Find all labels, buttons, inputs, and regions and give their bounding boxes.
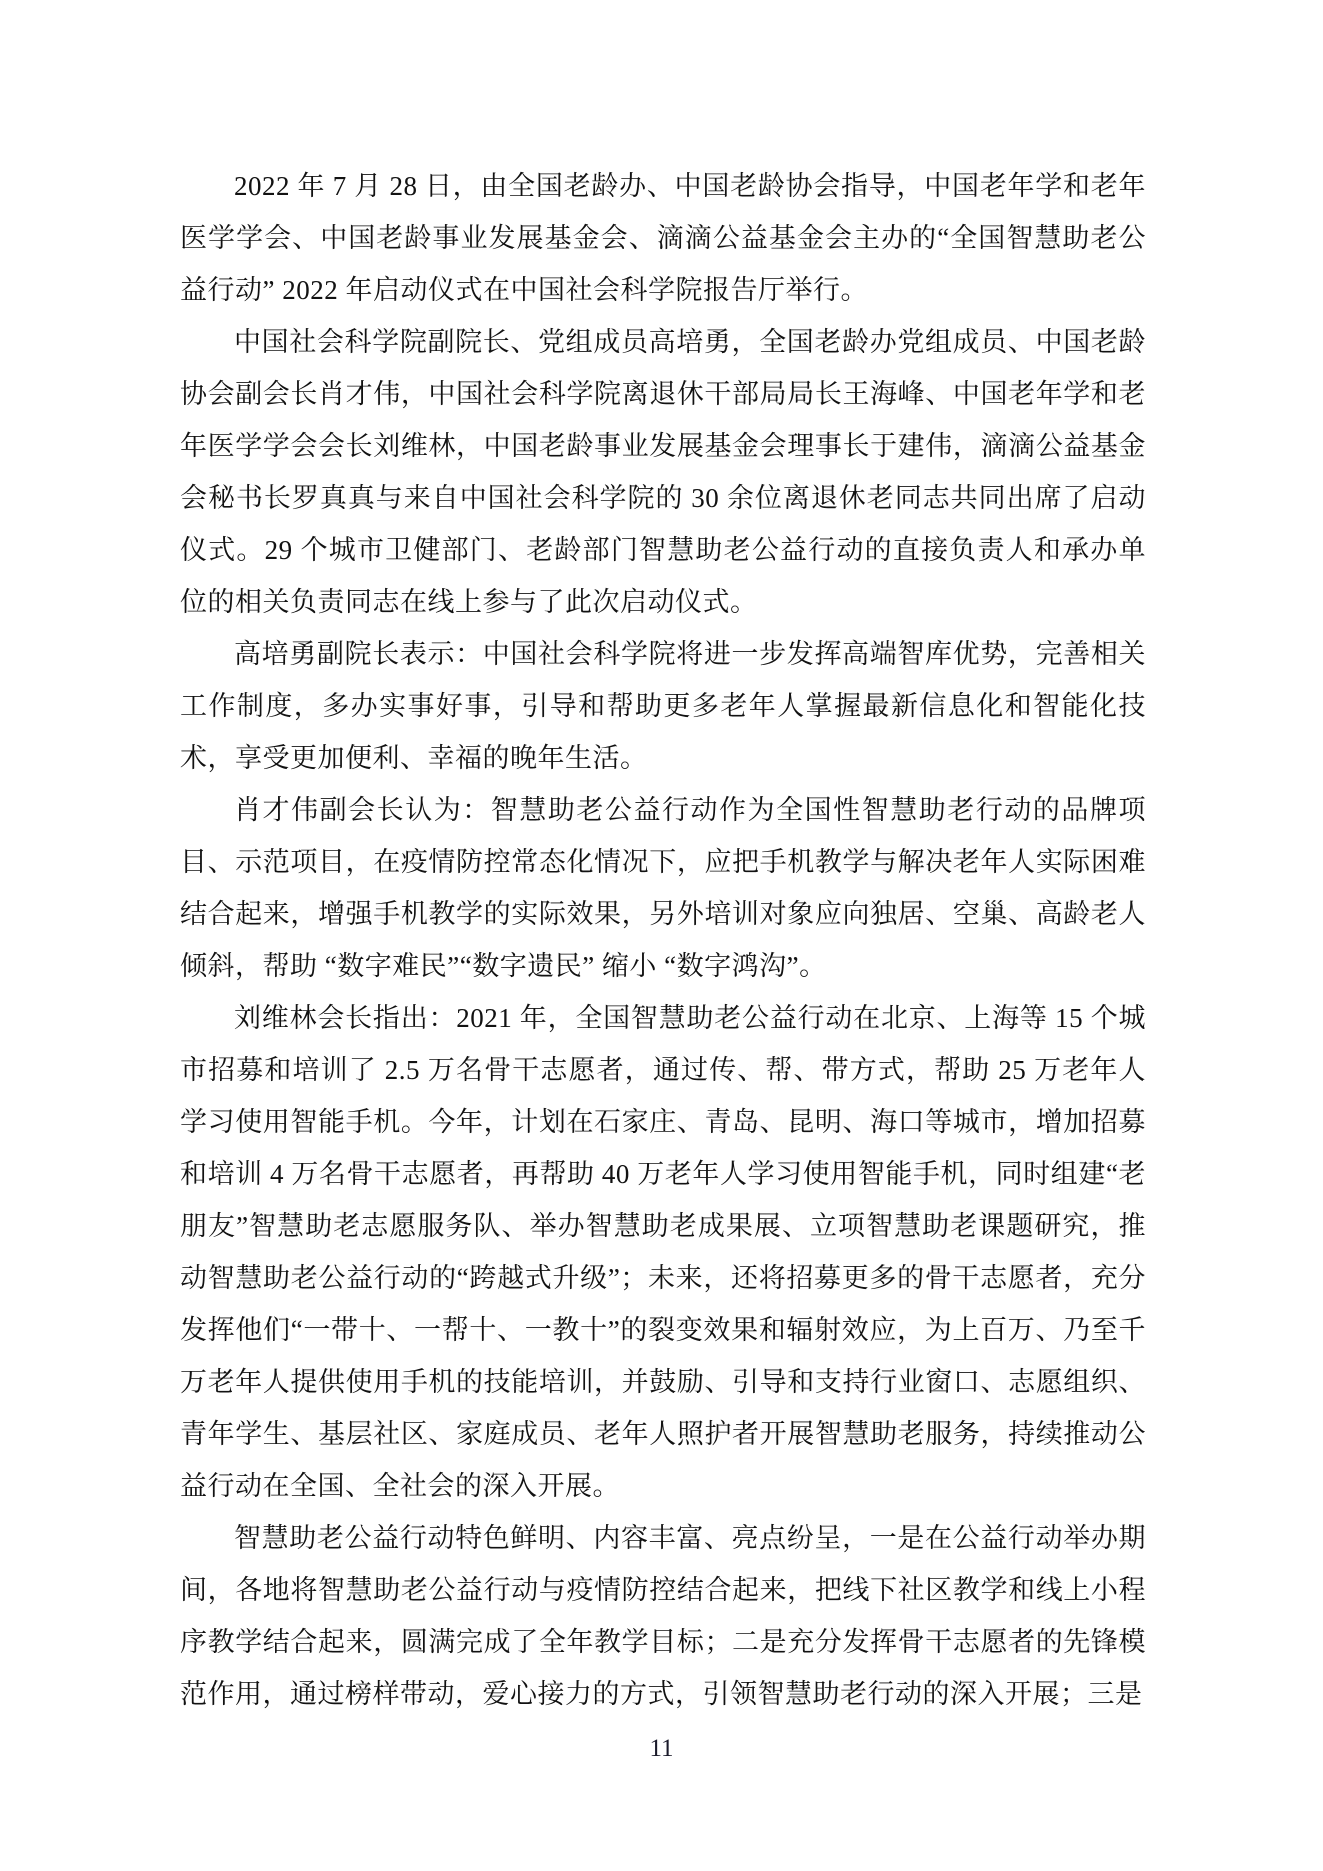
page-number: 11: [0, 1735, 1323, 1763]
paragraph-attendees: 中国社会科学院副院长、党组成员高培勇，全国老龄办党组成员、中国老龄协会副会长肖才…: [180, 316, 1146, 628]
paragraph-action-highlights: 智慧助老公益行动特色鲜明、内容丰富、亮点纷呈，一是在公益行动举办期间，各地将智慧…: [180, 1512, 1146, 1720]
paragraph-xiao-caiwei-remarks: 肖才伟副会长认为：智慧助老公益行动作为全国性智慧助老行动的品牌项目、示范项目，在…: [180, 784, 1146, 992]
paragraph-intro-launch-ceremony: 2022 年 7 月 28 日，由全国老龄办、中国老龄协会指导，中国老年学和老年…: [180, 160, 1146, 316]
document-page: 2022 年 7 月 28 日，由全国老龄办、中国老龄协会指导，中国老年学和老年…: [0, 0, 1323, 1871]
paragraph-gao-peiyong-remarks: 高培勇副院长表示：中国社会科学院将进一步发挥高端智库优势，完善相关工作制度，多办…: [180, 628, 1146, 784]
document-body: 2022 年 7 月 28 日，由全国老龄办、中国老龄协会指导，中国老年学和老年…: [180, 160, 1146, 1720]
paragraph-liu-weilin-remarks: 刘维林会长指出：2021 年，全国智慧助老公益行动在北京、上海等 15 个城市招…: [180, 992, 1146, 1512]
